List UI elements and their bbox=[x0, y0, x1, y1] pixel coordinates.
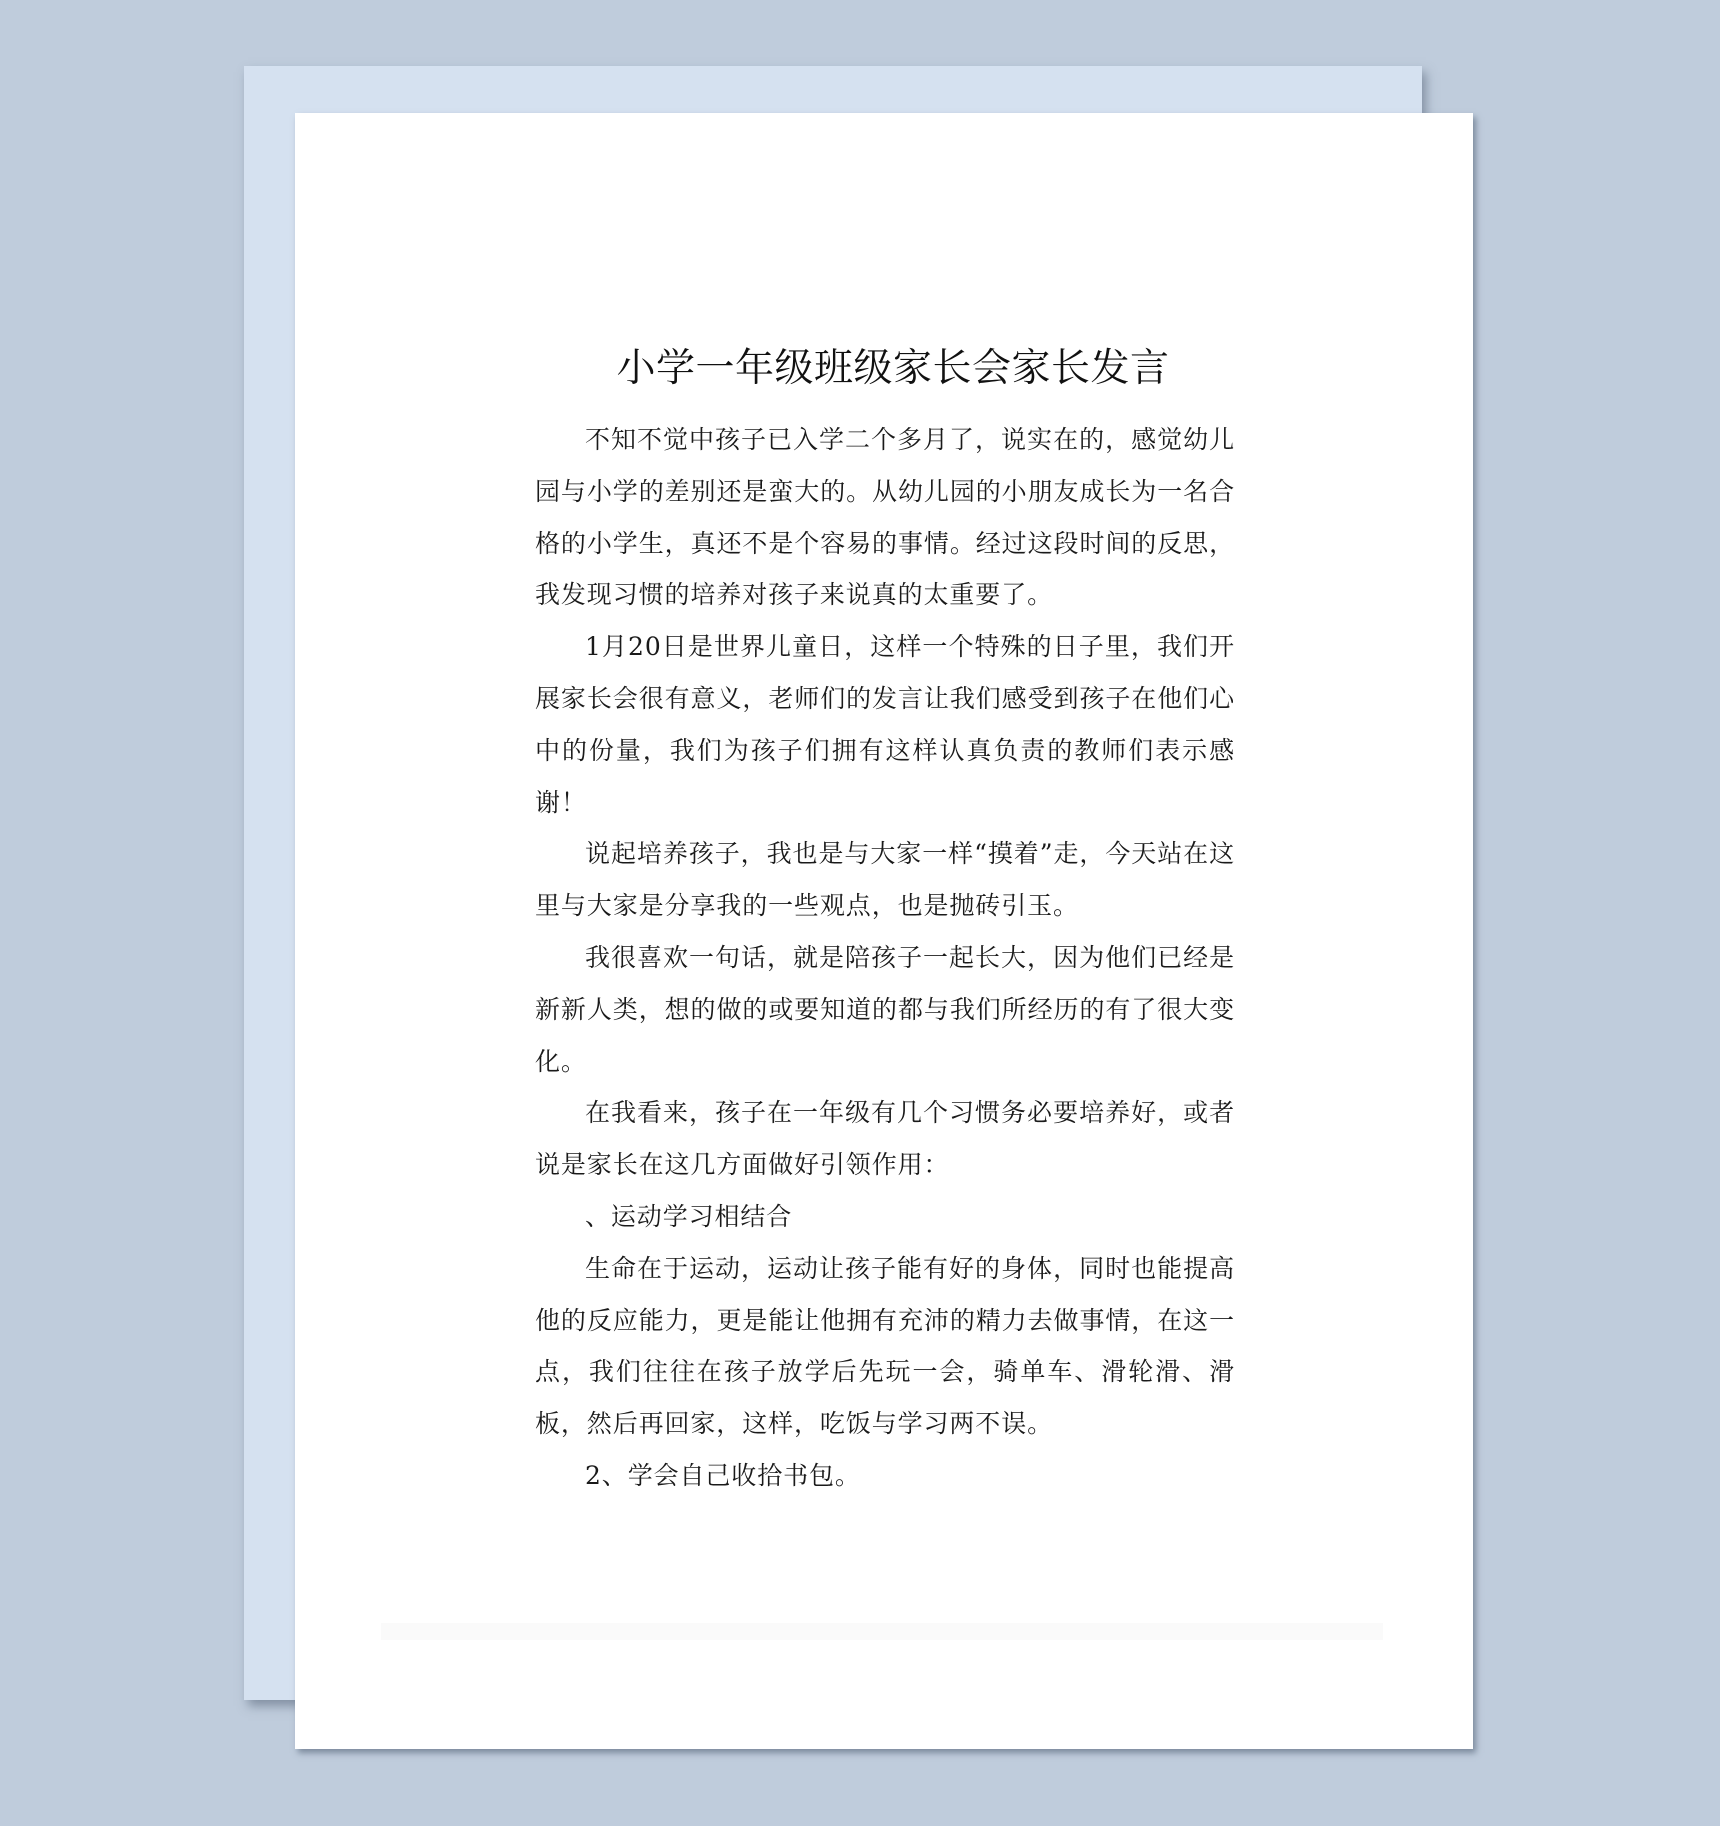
paragraph-intro: 不知不觉中孩子已入学二个多月了，说实在的，感觉幼儿园与小学的差别还是蛮大的。从幼… bbox=[535, 414, 1235, 621]
paragraph-sharing: 说起培养孩子，我也是与大家一样“摸着”走，今天站在这里与大家是分享我的一些观点，… bbox=[535, 828, 1235, 932]
paragraph-childrens-day: 1月20日是世界儿童日，这样一个特殊的日子里，我们开展家长会很有意义，老师们的发… bbox=[535, 621, 1235, 828]
heading-pack-schoolbag: 2、学会自己收拾书包。 bbox=[535, 1450, 1235, 1502]
paragraph-habits: 在我看来，孩子在一年级有几个习惯务必要培养好，或者说是家长在这几方面做好引领作用… bbox=[535, 1087, 1235, 1191]
paragraph-growing-together: 我很喜欢一句话，就是陪孩子一起长大，因为他们已经是新新人类，想的做的或要知道的都… bbox=[535, 932, 1235, 1087]
paragraph-sports: 生命在于运动，运动让孩子能有好的身体，同时也能提高他的反应能力，更是能让他拥有充… bbox=[535, 1243, 1235, 1450]
heading-sports-and-study: 、运动学习相结合 bbox=[535, 1191, 1235, 1243]
document-body: 不知不觉中孩子已入学二个多月了，说实在的，感觉幼儿园与小学的差别还是蛮大的。从幼… bbox=[535, 414, 1235, 1502]
page-footer-strip bbox=[381, 1623, 1383, 1640]
document-title: 小学一年级班级家长会家长发言 bbox=[535, 343, 1251, 395]
front-page-sheet: 小学一年级班级家长会家长发言 不知不觉中孩子已入学二个多月了，说实在的，感觉幼儿… bbox=[295, 113, 1473, 1749]
